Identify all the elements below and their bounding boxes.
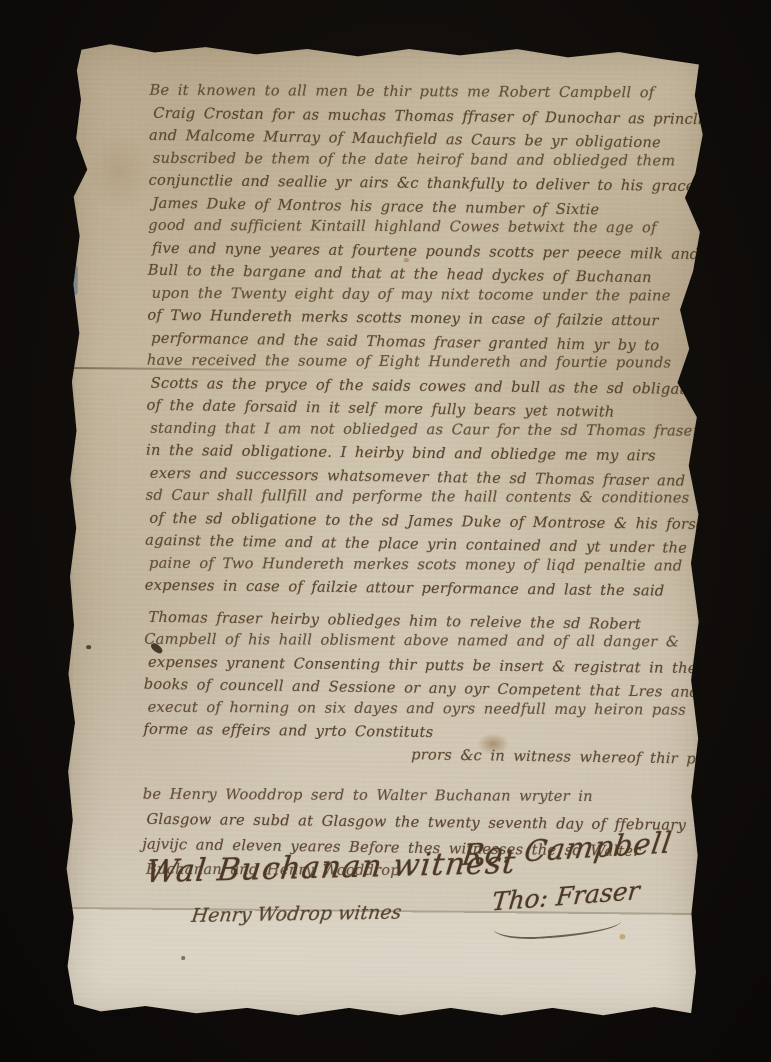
manuscript-line: paine of Two Hundereth merkes scots mone… <box>149 552 701 577</box>
manuscript-line: subscribed be them of the date heirof ba… <box>153 147 705 172</box>
manuscript-text: Be it knowen to all men be thir putts me… <box>142 80 706 887</box>
manuscript-line: Be it knowen to all men be thir putts me… <box>149 80 705 105</box>
photo-background: Be it knowen to all men be thir putts me… <box>0 0 771 1062</box>
left-edge-mark <box>67 265 78 295</box>
manuscript-line: upon the Twenty eight day of may nixt to… <box>152 282 704 307</box>
manuscript-paper: Be it knowen to all men be thir putts me… <box>63 41 708 1021</box>
manuscript-line: expenses in case of failzie attour perfo… <box>145 575 701 604</box>
paper-speck <box>619 934 625 939</box>
manuscript-line: sd Caur shall fullfill and performe the … <box>146 485 702 510</box>
manuscript-line: be Henry Wooddrop serd to Walter Buchana… <box>143 782 699 810</box>
manuscript-line: standing that I am not obliedged as Caur… <box>150 417 702 442</box>
right-edge-mark <box>696 275 709 302</box>
manuscript-line: prors &c in witness whereof thir putts (… <box>411 744 699 771</box>
manuscript-line: forme as effeirs and yrto Constituts <box>143 719 699 748</box>
paper-speck <box>181 956 185 960</box>
manuscript-line: have received the soume of Eight Hundere… <box>147 350 703 375</box>
ink-blot <box>86 645 91 649</box>
manuscript-line: execut of horning on six dayes and oyrs … <box>148 696 700 721</box>
manuscript-line: Campbell of his haill oblisment above na… <box>144 629 700 654</box>
stain <box>84 129 155 214</box>
signature-henry-wodrop: Henry Wodrop witnes <box>190 901 402 927</box>
manuscript-line: good and sufficient Kintaill highland Co… <box>148 215 704 240</box>
